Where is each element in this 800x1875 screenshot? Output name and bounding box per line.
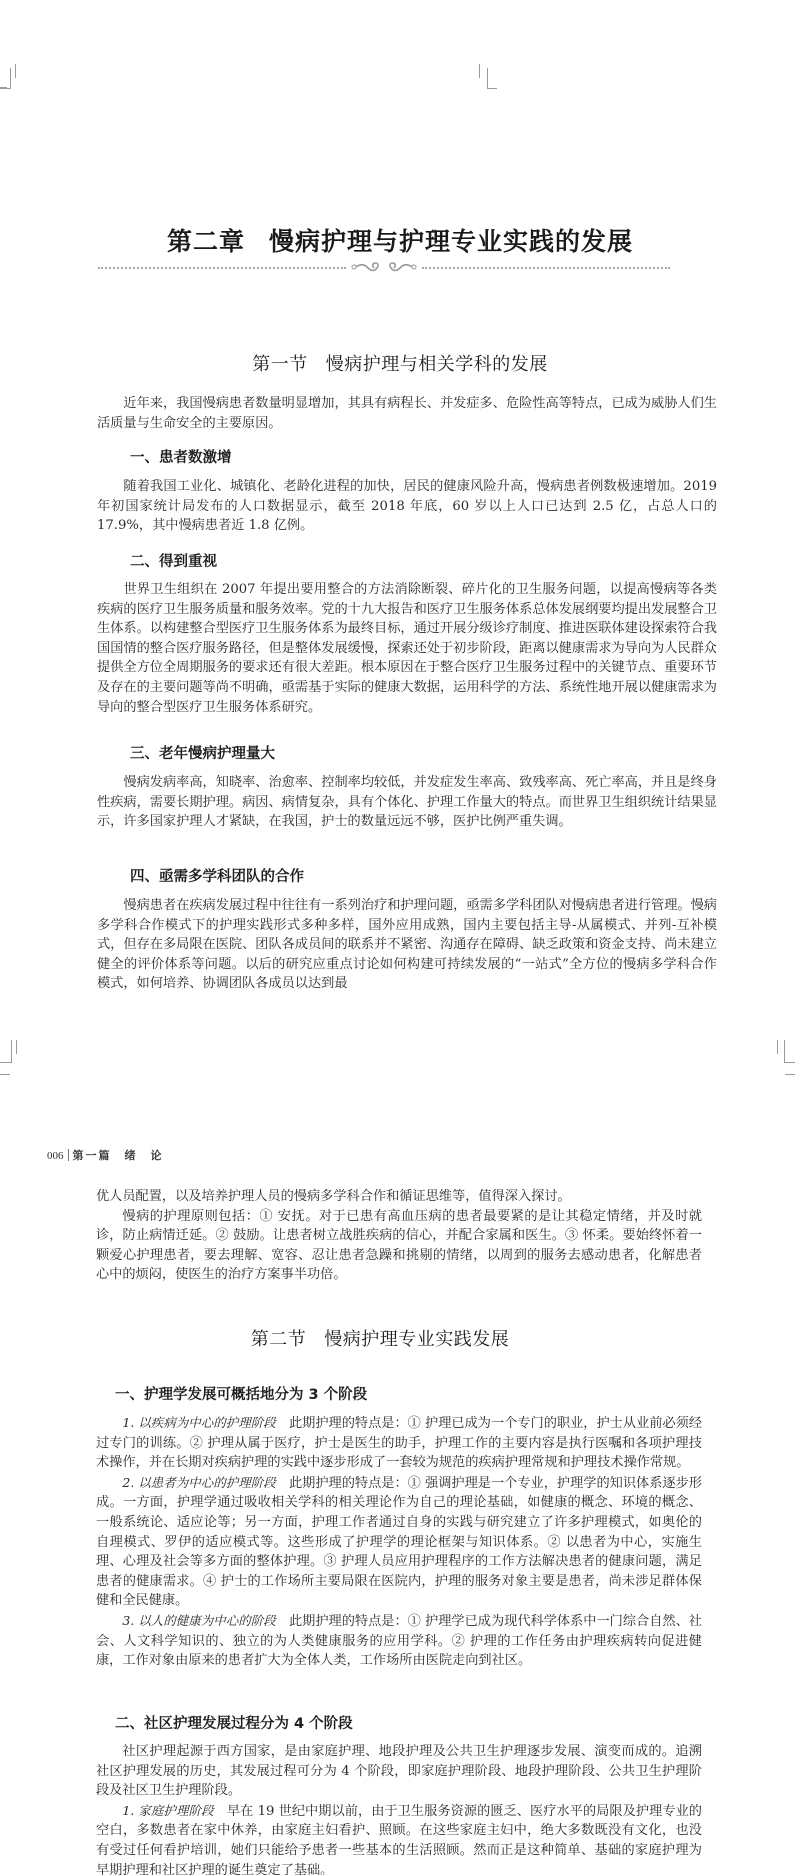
- chapter-title: 第二章慢病护理与护理专业实践的发展: [0, 222, 800, 258]
- section-title-2: 第二节慢病护理专业实践发展: [0, 1325, 760, 1351]
- section-name: 慢病护理专业实践发展: [324, 1329, 509, 1350]
- stage-label: 2. 以患者为中心的护理阶段: [122, 1475, 275, 1490]
- chapter-divider: [98, 264, 670, 272]
- paragraph: 慢病发病率高，知晓率、治愈率、控制率均较低，并发症发生率高、致残率高、死亡率高，…: [97, 773, 717, 832]
- subsection-body: 世界卫生组织在 2007 年提出要用整合的方法消除断裂、碎片化的卫生服务问题，以…: [97, 580, 717, 717]
- paragraph: 近年来，我国慢病患者数量明显增加，其具有病程长、并发症多、危险性高等特点，已成为…: [97, 394, 717, 433]
- subsection-heading: 二、社区护理发展过程分为 4 个阶段: [115, 1712, 353, 1733]
- stage-item: 2. 以患者为中心的护理阶段 此期护理的特点是：① 强调护理是一个专业，护理学的…: [96, 1473, 702, 1611]
- part-title: 第一篇 绪 论: [73, 1149, 164, 1162]
- subsection-body: 社区护理起源于西方国家，是由家庭护理、地段护理及公共卫生护理逐步发展、演变而成的…: [96, 1742, 702, 1875]
- paragraph: 慢病的护理原则包括：① 安抚。对于已患有高血压病的患者最要紧的是让其稳定情绪，并…: [96, 1207, 702, 1285]
- section-number: 第一节: [252, 354, 308, 375]
- paragraph: 随着我国工业化、城镇化、老龄化进程的加快，居民的健康风险升高，慢病患者例数极速增…: [97, 477, 717, 536]
- stage-item: 3. 以人的健康为中心的阶段 此期护理的特点是：① 护理学已成为现代科学体系中一…: [96, 1611, 702, 1671]
- paragraph: 世界卫生组织在 2007 年提出要用整合的方法消除断裂、碎片化的卫生服务问题，以…: [97, 580, 717, 717]
- subsection-heading: 二、得到重视: [130, 550, 217, 571]
- stage-label: 3. 以人的健康为中心的阶段: [122, 1613, 275, 1628]
- subsection-body: 随着我国工业化、城镇化、老龄化进程的加快，居民的健康风险升高，慢病患者例数极速增…: [97, 477, 717, 536]
- stage-label: 1. 家庭护理阶段: [122, 1803, 213, 1818]
- page-number: 006: [47, 1150, 64, 1162]
- chapter-name: 慢病护理与护理专业实践的发展: [269, 227, 633, 256]
- paragraph: 优人员配置，以及培养护理人员的慢病多学科合作和循证思维等，值得深入探讨。: [96, 1187, 702, 1207]
- paragraph: 社区护理起源于西方国家，是由家庭护理、地段护理及公共卫生护理逐步发展、演变而成的…: [96, 1742, 702, 1801]
- paragraph: 慢病患者在疾病发展过程中往往有一系列治疗和护理问题，亟需多学科团队对慢病患者进行…: [97, 896, 717, 994]
- stage-item: 1. 家庭护理阶段 早在 19 世纪中期以前，由于卫生服务资源的匮乏、医疗水平的…: [96, 1801, 702, 1875]
- section-name: 慢病护理与相关学科的发展: [326, 354, 548, 375]
- continued-text: 优人员配置，以及培养护理人员的慢病多学科合作和循证思维等，值得深入探讨。 慢病的…: [96, 1187, 702, 1285]
- stage-item: 1. 以疾病为中心的护理阶段 此期护理的特点是：① 护理已成为一个专门的职业，护…: [96, 1413, 702, 1473]
- subsection-heading: 一、护理学发展可概括地分为 3 个阶段: [115, 1383, 367, 1404]
- section-title-1: 第一节慢病护理与相关学科的发展: [0, 350, 800, 376]
- subsection-body: 慢病发病率高，知晓率、治愈率、控制率均较低，并发症发生率高、致残率高、死亡率高，…: [97, 773, 717, 832]
- running-head: 006第一篇 绪 论: [47, 1147, 164, 1163]
- subsection-body: 慢病患者在疾病发展过程中往往有一系列治疗和护理问题，亟需多学科团队对慢病患者进行…: [97, 896, 717, 994]
- stage-text: 此期护理的特点是：① 强调护理是一个专业，护理学的知识体系逐步形成。一方面，护理…: [96, 1476, 702, 1609]
- stage-label: 1. 以疾病为中心的护理阶段: [122, 1415, 275, 1430]
- section-number: 第二节: [251, 1329, 307, 1350]
- subsection-heading: 三、老年慢病护理量大: [130, 742, 275, 763]
- subsection-heading: 四、亟需多学科团队的合作: [130, 865, 304, 886]
- chapter-number: 第二章: [167, 227, 245, 256]
- intro-paragraph: 近年来，我国慢病患者数量明显增加，其具有病程长、并发症多、危险性高等特点，已成为…: [97, 394, 717, 433]
- subsection-body: 1. 以疾病为中心的护理阶段 此期护理的特点是：① 护理已成为一个专门的职业，护…: [96, 1413, 702, 1671]
- scroll-ornament-icon: [351, 260, 417, 276]
- subsection-heading: 一、患者数激增: [130, 446, 232, 467]
- separator: [68, 1149, 69, 1161]
